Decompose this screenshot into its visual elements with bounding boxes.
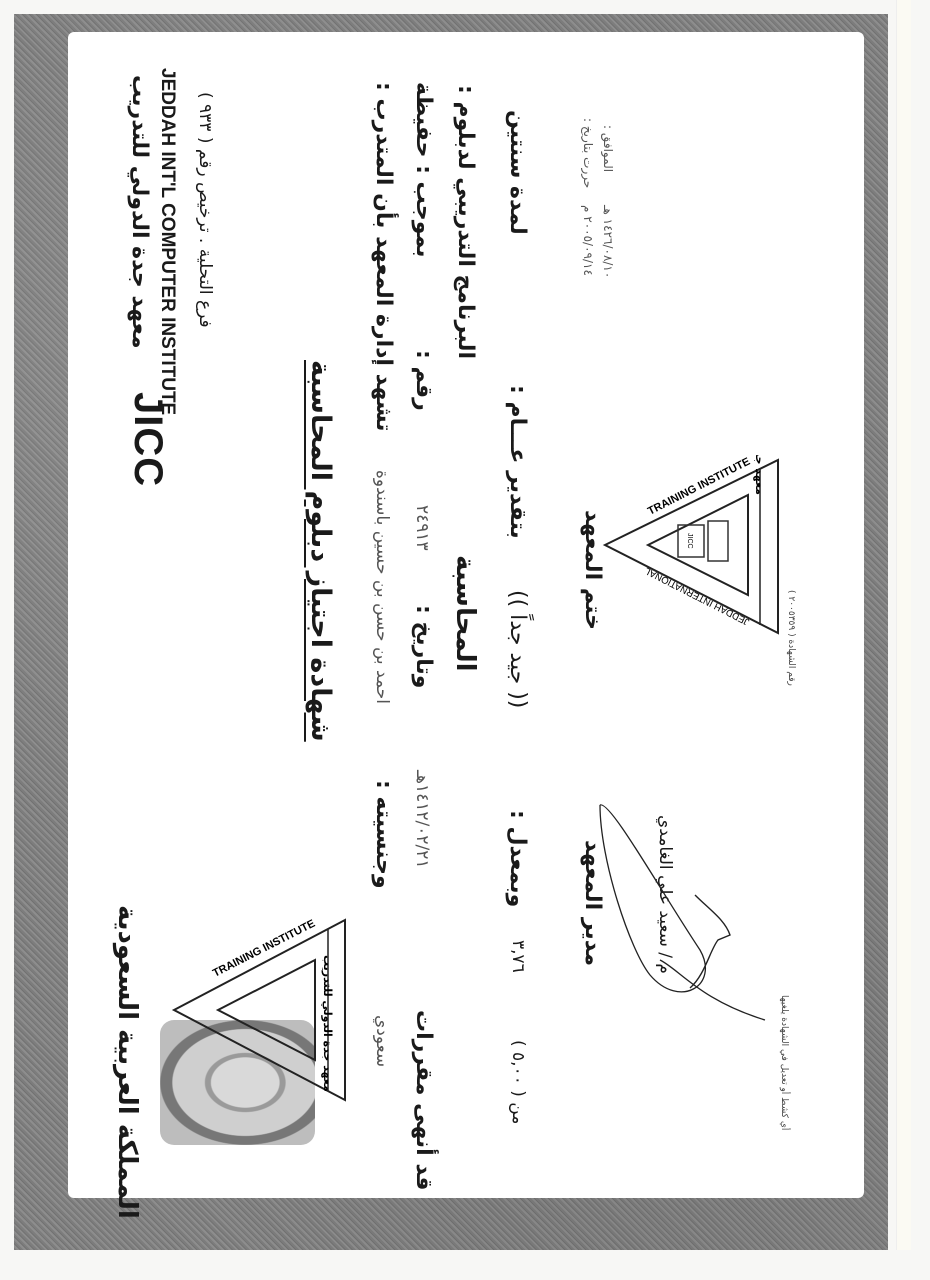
institute-seal: TRAINING INSTITUTE JEDDAH INTERNATIONAL … [600,455,785,640]
seal-ring-top: TRAINING INSTITUTE [646,456,752,518]
seal-inner-logo: JICC [686,533,693,549]
nationality-value: سعودي [373,1015,390,1067]
seal-ring-ar: معهد جدة الدولي للتدريب [753,455,766,495]
footer-note: أي كشط أو تعديل في الشهادة يلغيها [779,995,788,1130]
photo-seal-ring-ar: معهد جدة الدولي للتدريب [321,955,334,1092]
id-number: ٢٤٩١٣ [413,505,430,551]
scanner-edge-strip [896,0,911,1250]
grade-value: (( جيد جداً )) [506,590,528,708]
trainee-name: احمد بن حسن بن حسين باسندوة [373,470,390,704]
issued-label: حررت بتاريخ : [582,118,594,188]
id-date: ١٤١٢/٠٢/٢١هـ [413,770,430,868]
photo-seal-ring-top: TRAINING INSTITUTE [211,918,317,980]
gpa-value: ٣,٧٦ [509,940,526,973]
nationality-label: وجنسيته : [372,780,394,889]
institute-name-ar: معهد جدة الدولي للتدريب [128,75,150,349]
branch-license: فرع التحلية . ترخيص رقم ( ٩٣٣ ) [196,92,213,328]
duration: لمدة سنتين [506,110,528,235]
issued-hijri: ١٤٢٦/٠٨/١٠ هـ [602,205,614,278]
certificate-title: شهادة اجتياز دبلوم المحاسبة [307,360,334,742]
id-date-label: وتاريخ : [412,605,434,688]
id-basis-label: بموجب : حفيظة [412,82,434,258]
grade-label: بتقدير عـــام : [506,385,528,539]
gpa-scale: من ( ٥,٠٠ ) [509,1040,526,1124]
program-label: البرنامج التدريبي لدبلوم : [454,85,476,359]
photo-seal: TRAINING INSTITUTE معهد جدة الدولي للتدر… [170,915,350,1105]
attest-label: تشهد إدارة المعهد بأن المتدرب : [372,82,394,432]
institute-name-en: JEDDAH INT'L COMPUTER INSTITUTE [158,68,177,415]
id-number-label: رقم : [412,350,434,411]
issued-gregorian: ٢٠٠٥/٠٩/١٤ م [582,205,594,276]
gpa-label: وبمعدل : [506,810,528,907]
corresponding-label: الموافق : [602,125,614,172]
seal-ring-side: JEDDAH INTERNATIONAL [643,565,751,627]
director-signature [590,800,790,1030]
program-name: المحاسبة [452,555,478,672]
certificate-number: رقم الشهادة ( ٢٠٠٥٣٥٩ ) [786,590,795,686]
completed-label: قد أنهى مقررات [412,1010,434,1190]
country-header: المملكة العربية السعودية [114,905,140,1219]
